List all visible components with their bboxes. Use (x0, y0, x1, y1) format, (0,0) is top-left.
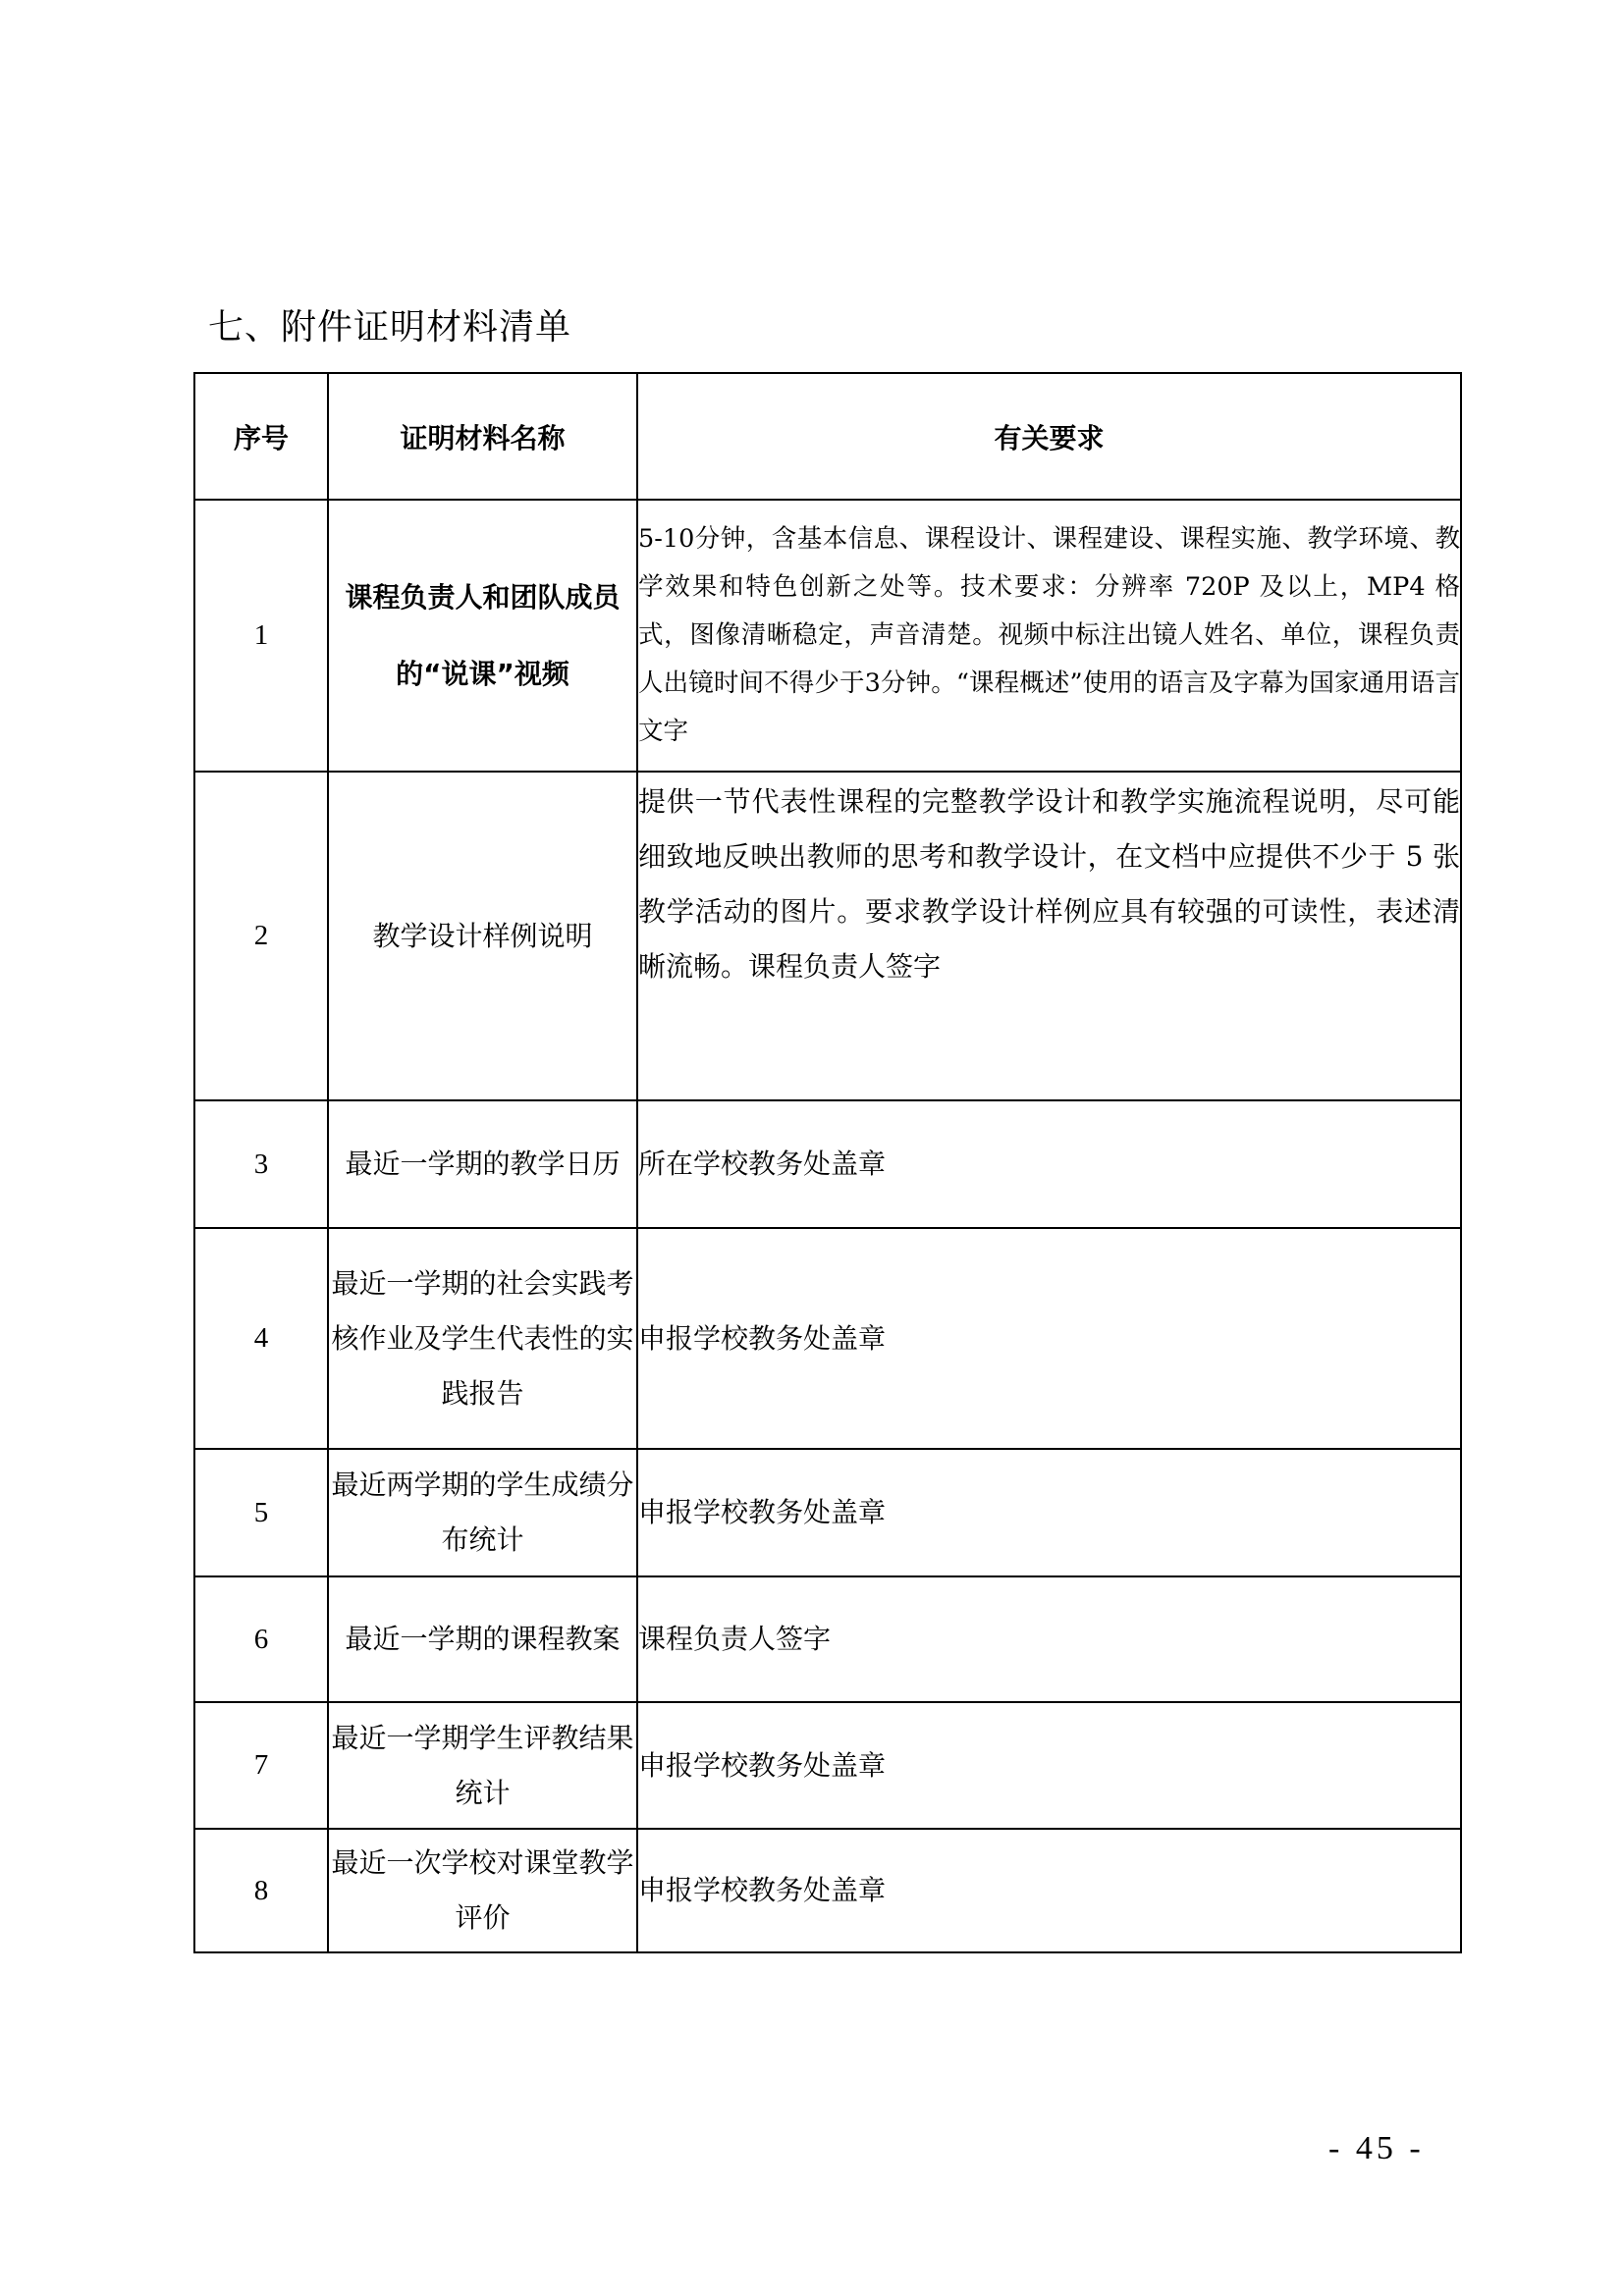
table-row: 7 最近一学期学生评教结果统计 申报学校教务处盖章 (194, 1702, 1461, 1829)
table-row: 1 课程负责人和团队成员的“说课”视频 5-10分钟，含基本信息、课程设计、课程… (194, 500, 1461, 772)
row-name: 最近一学期的课程教案 (328, 1576, 637, 1702)
row-requirement: 提供一节代表性课程的完整教学设计和教学实施流程说明，尽可能细致地反映出教师的思考… (637, 772, 1461, 1100)
row-no: 5 (194, 1449, 328, 1576)
row-name: 最近一次学校对课堂教学评价 (328, 1829, 637, 1952)
row-name: 最近一学期的社会实践考核作业及学生代表性的实践报告 (328, 1228, 637, 1449)
page-number: - 45 - (1328, 2130, 1425, 2167)
table-row: 4 最近一学期的社会实践考核作业及学生代表性的实践报告 申报学校教务处盖章 (194, 1228, 1461, 1449)
row-name: 课程负责人和团队成员的“说课”视频 (328, 500, 637, 772)
row-requirement: 申报学校教务处盖章 (637, 1829, 1461, 1952)
row-no: 8 (194, 1829, 328, 1952)
section-title: 七、附件证明材料清单 (208, 299, 571, 349)
table-row: 6 最近一学期的课程教案 课程负责人签字 (194, 1576, 1461, 1702)
row-requirement: 所在学校教务处盖章 (637, 1100, 1461, 1228)
row-requirement: 5-10分钟，含基本信息、课程设计、课程建设、课程实施、教学环境、教学效果和特色… (637, 500, 1461, 772)
row-name: 最近两学期的学生成绩分布统计 (328, 1449, 637, 1576)
row-name: 教学设计样例说明 (328, 772, 637, 1100)
header-no: 序号 (194, 373, 328, 500)
row-no: 4 (194, 1228, 328, 1449)
row-no: 2 (194, 772, 328, 1100)
row-requirement: 申报学校教务处盖章 (637, 1449, 1461, 1576)
materials-table: 序号 证明材料名称 有关要求 1 课程负责人和团队成员的“说课”视频 5-10分… (193, 372, 1462, 1953)
table-row: 2 教学设计样例说明 提供一节代表性课程的完整教学设计和教学实施流程说明，尽可能… (194, 772, 1461, 1100)
table-header-row: 序号 证明材料名称 有关要求 (194, 373, 1461, 500)
row-requirement: 课程负责人签字 (637, 1576, 1461, 1702)
row-no: 7 (194, 1702, 328, 1829)
table-row: 3 最近一学期的教学日历 所在学校教务处盖章 (194, 1100, 1461, 1228)
table-row: 5 最近两学期的学生成绩分布统计 申报学校教务处盖章 (194, 1449, 1461, 1576)
row-no: 3 (194, 1100, 328, 1228)
header-requirement: 有关要求 (637, 373, 1461, 500)
row-requirement: 申报学校教务处盖章 (637, 1702, 1461, 1829)
row-requirement: 申报学校教务处盖章 (637, 1228, 1461, 1449)
row-no: 1 (194, 500, 328, 772)
header-name: 证明材料名称 (328, 373, 637, 500)
row-name: 最近一学期学生评教结果统计 (328, 1702, 637, 1829)
table-row: 8 最近一次学校对课堂教学评价 申报学校教务处盖章 (194, 1829, 1461, 1952)
row-name: 最近一学期的教学日历 (328, 1100, 637, 1228)
row-no: 6 (194, 1576, 328, 1702)
